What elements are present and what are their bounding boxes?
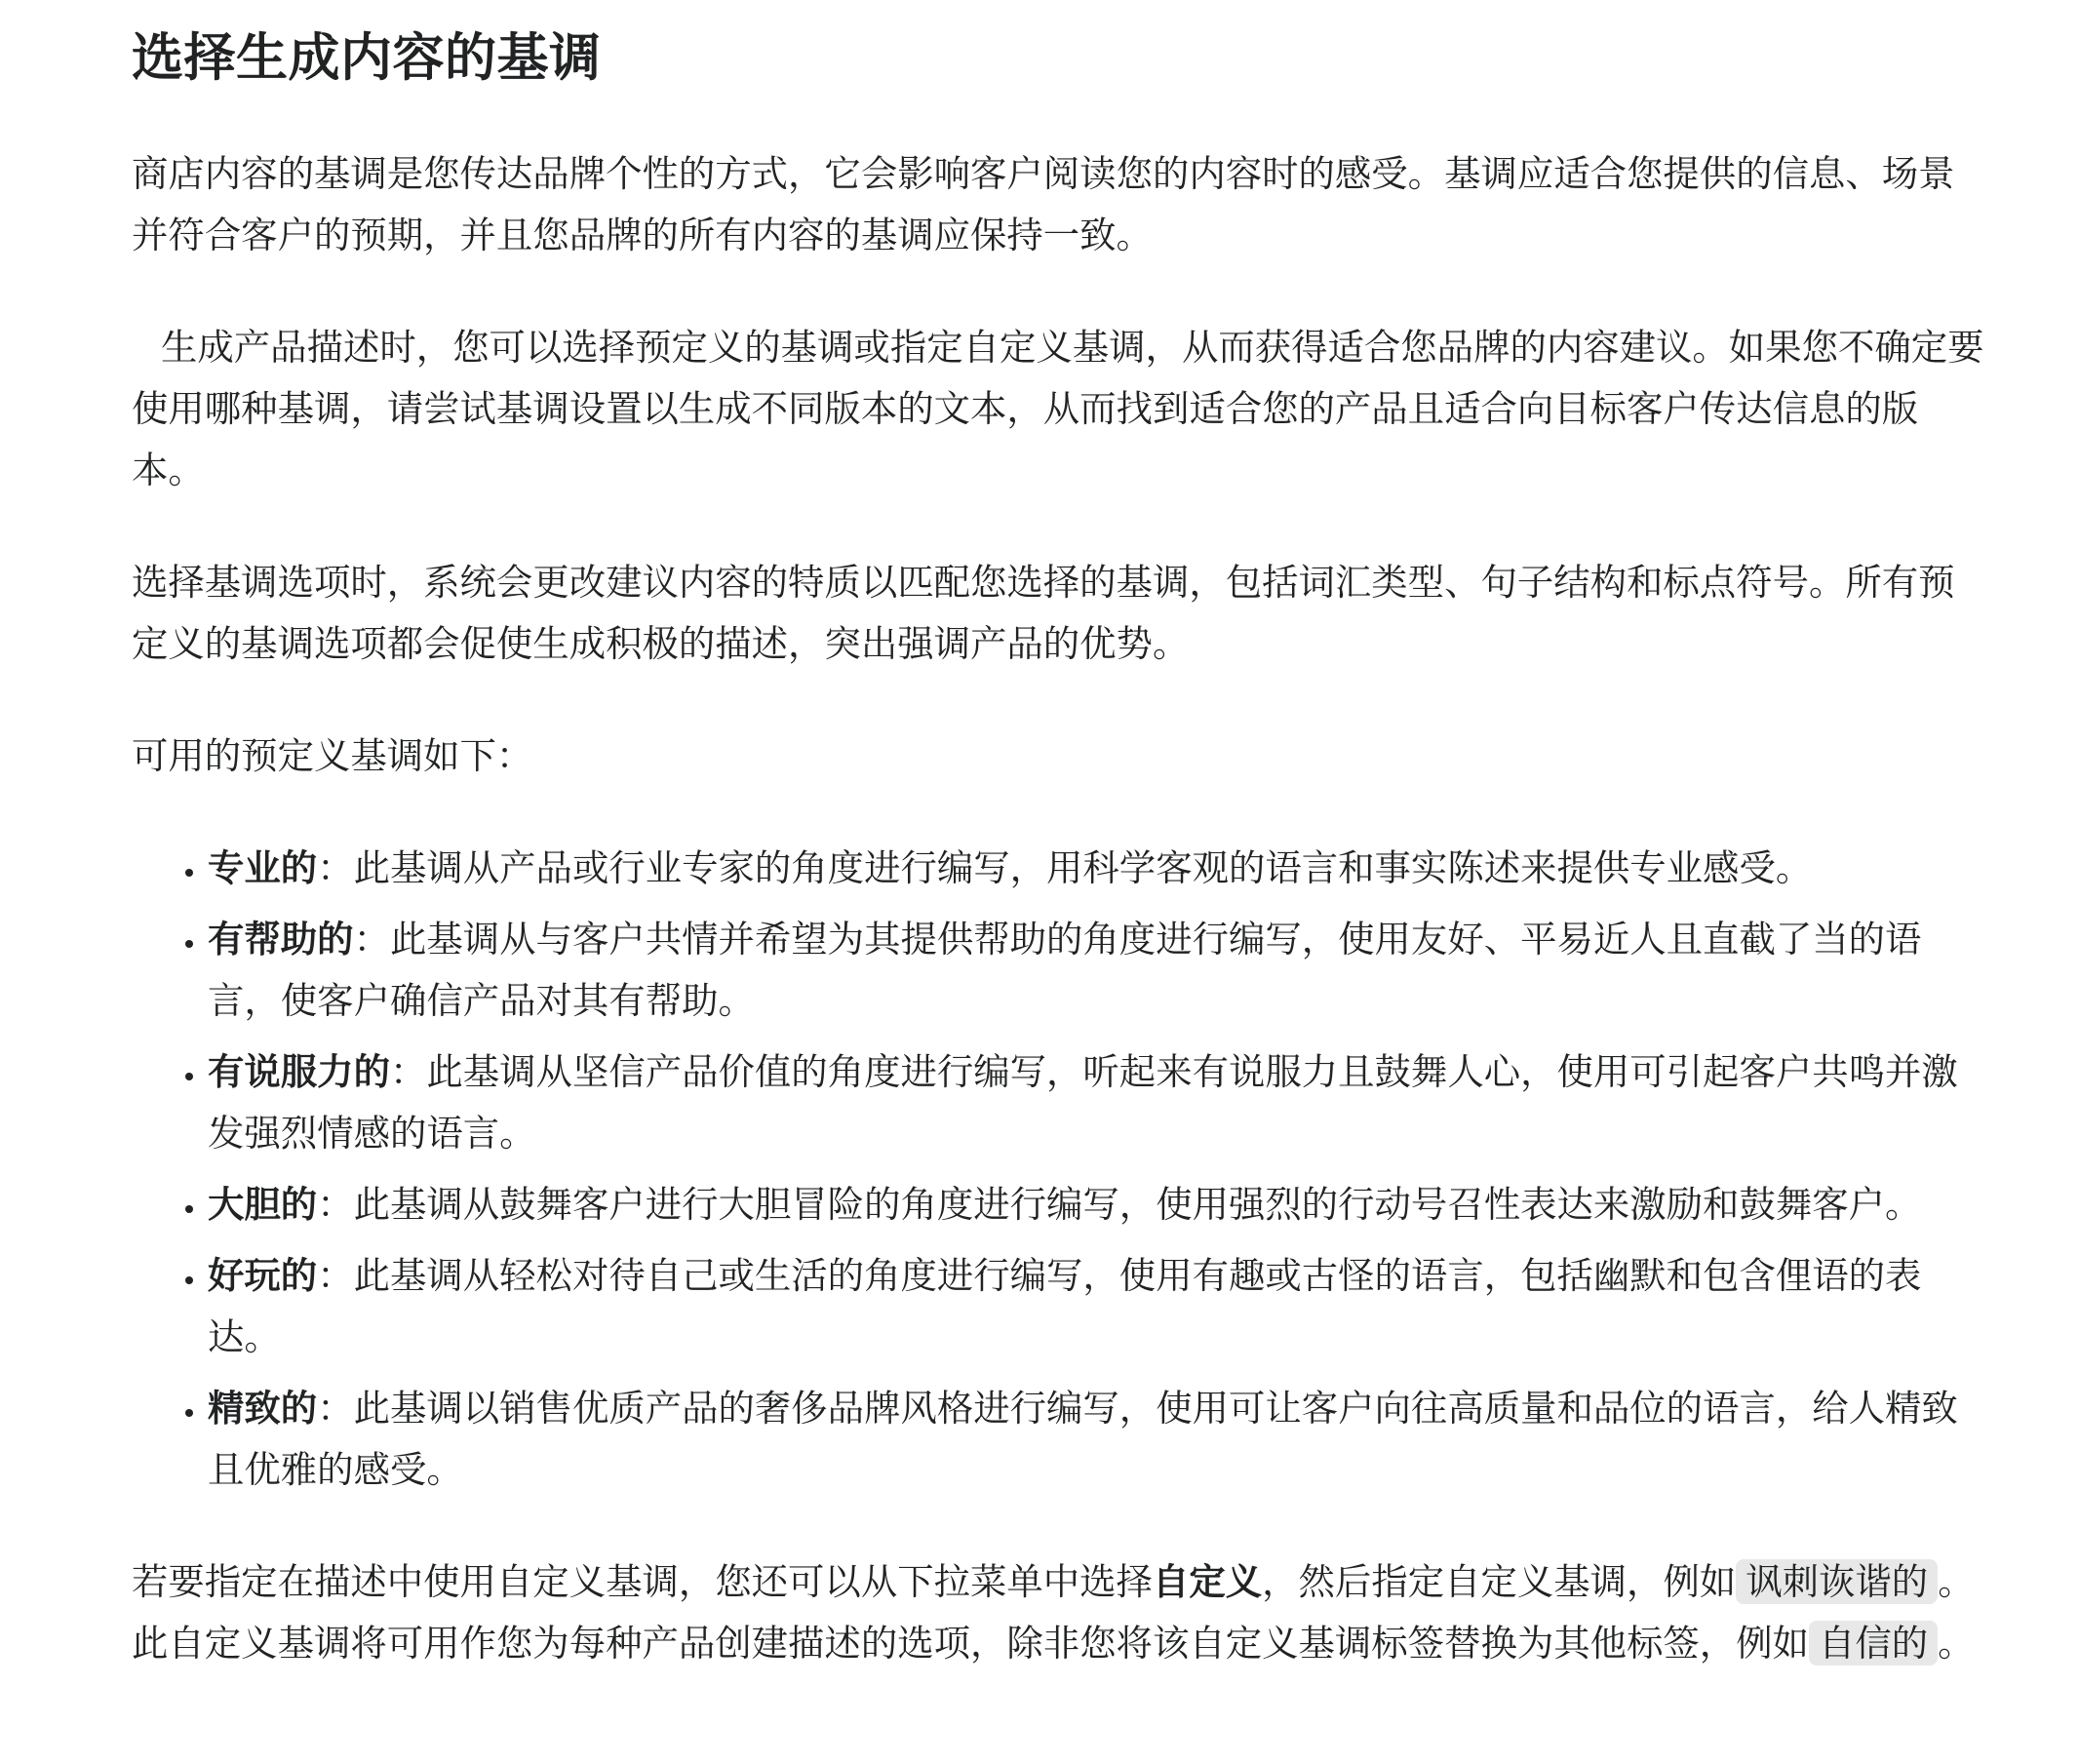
tone-description: 此基调以销售优质产品的奢侈品牌风格进行编写，使用可让客户向往高质量和品位的语言，… — [208, 1388, 1958, 1490]
example-tone-tag: 讽刺诙谐的 — [1736, 1559, 1938, 1604]
tone-list-item: 好玩的：此基调从轻松对待自己或生活的角度进行编写，使用有趣或古怪的语言，包括幽默… — [208, 1245, 1984, 1368]
tone-description: 此基调从鼓舞客户进行大胆冒险的角度进行编写，使用强烈的行动号召性表达来激励和鼓舞… — [354, 1184, 1922, 1225]
tone-list-item: 专业的：此基调从产品或行业专家的角度进行编写，用科学客观的语言和事实陈述来提供专… — [208, 838, 1984, 899]
intro-paragraph-3: 选择基调选项时，系统会更改建议内容的特质以匹配您选择的基调，包括词汇类型、句子结… — [132, 552, 1984, 675]
intro-paragraph-2: 生成产品描述时，您可以选择预定义的基调或指定自定义基调，从而获得适合您品牌的内容… — [132, 317, 1984, 501]
tone-separator: ： — [354, 919, 390, 960]
tone-term: 有说服力的 — [208, 1051, 390, 1092]
tone-list-item: 精致的：此基调以销售优质产品的奢侈品牌风格进行编写，使用可让客户向往高质量和品位… — [208, 1378, 1984, 1501]
custom-tone-text: 若要指定在描述中使用自定义基调，您还可以从下拉菜单中选择 — [132, 1561, 1153, 1602]
custom-tone-text: 。 — [1938, 1623, 1974, 1664]
tone-term: 专业的 — [208, 847, 317, 888]
tone-separator: ： — [317, 1184, 353, 1225]
tone-description: 此基调从产品或行业专家的角度进行编写，用科学客观的语言和事实陈述来提供专业感受。 — [354, 847, 1813, 888]
custom-tone-text: ，然后指定自定义基调，例如 — [1262, 1561, 1736, 1602]
tone-separator: ： — [317, 847, 353, 888]
example-tone-tag: 自信的 — [1809, 1621, 1938, 1666]
tone-description: 此基调从轻松对待自己或生活的角度进行编写，使用有趣或古怪的语言，包括幽默和包含俚… — [208, 1255, 1921, 1357]
tone-list-item: 有说服力的：此基调从坚信产品价值的角度进行编写，听起来有说服力且鼓舞人心，使用可… — [208, 1041, 1984, 1164]
tone-separator: ： — [390, 1051, 426, 1092]
tone-list-intro: 可用的预定义基调如下： — [132, 725, 1984, 787]
tone-term: 好玩的 — [208, 1255, 317, 1296]
tone-separator: ： — [317, 1388, 353, 1429]
tone-term: 精致的 — [208, 1388, 317, 1429]
tone-list-item: 有帮助的：此基调从与客户共情并希望为其提供帮助的角度进行编写，使用友好、平易近人… — [208, 909, 1984, 1032]
custom-tone-paragraph: 若要指定在描述中使用自定义基调，您还可以从下拉菜单中选择自定义，然后指定自定义基… — [132, 1551, 1984, 1674]
tone-list-item: 大胆的：此基调从鼓舞客户进行大胆冒险的角度进行编写，使用强烈的行动号召性表达来激… — [208, 1174, 1984, 1235]
tone-separator: ： — [317, 1255, 353, 1296]
tone-term: 有帮助的 — [208, 919, 354, 960]
article-content: 选择生成内容的基调 商店内容的基调是您传达品牌个性的方式，它会影响客户阅读您的内… — [132, 25, 1984, 1674]
custom-tone-bold-term: 自定义 — [1153, 1561, 1262, 1602]
tone-description: 此基调从与客户共情并希望为其提供帮助的角度进行编写，使用友好、平易近人且直截了当… — [208, 919, 1921, 1021]
tone-list: 专业的：此基调从产品或行业专家的角度进行编写，用科学客观的语言和事实陈述来提供专… — [132, 838, 1984, 1501]
intro-paragraph-1: 商店内容的基调是您传达品牌个性的方式，它会影响客户阅读您的内容时的感受。基调应适… — [132, 143, 1984, 266]
page-title: 选择生成内容的基调 — [132, 25, 1984, 93]
tone-term: 大胆的 — [208, 1184, 317, 1225]
tone-description: 此基调从坚信产品价值的角度进行编写，听起来有说服力且鼓舞人心，使用可引起客户共鸣… — [208, 1051, 1958, 1154]
help-article: 选择生成内容的基调 商店内容的基调是您传达品牌个性的方式，它会影响客户阅读您的内… — [0, 0, 2079, 1764]
